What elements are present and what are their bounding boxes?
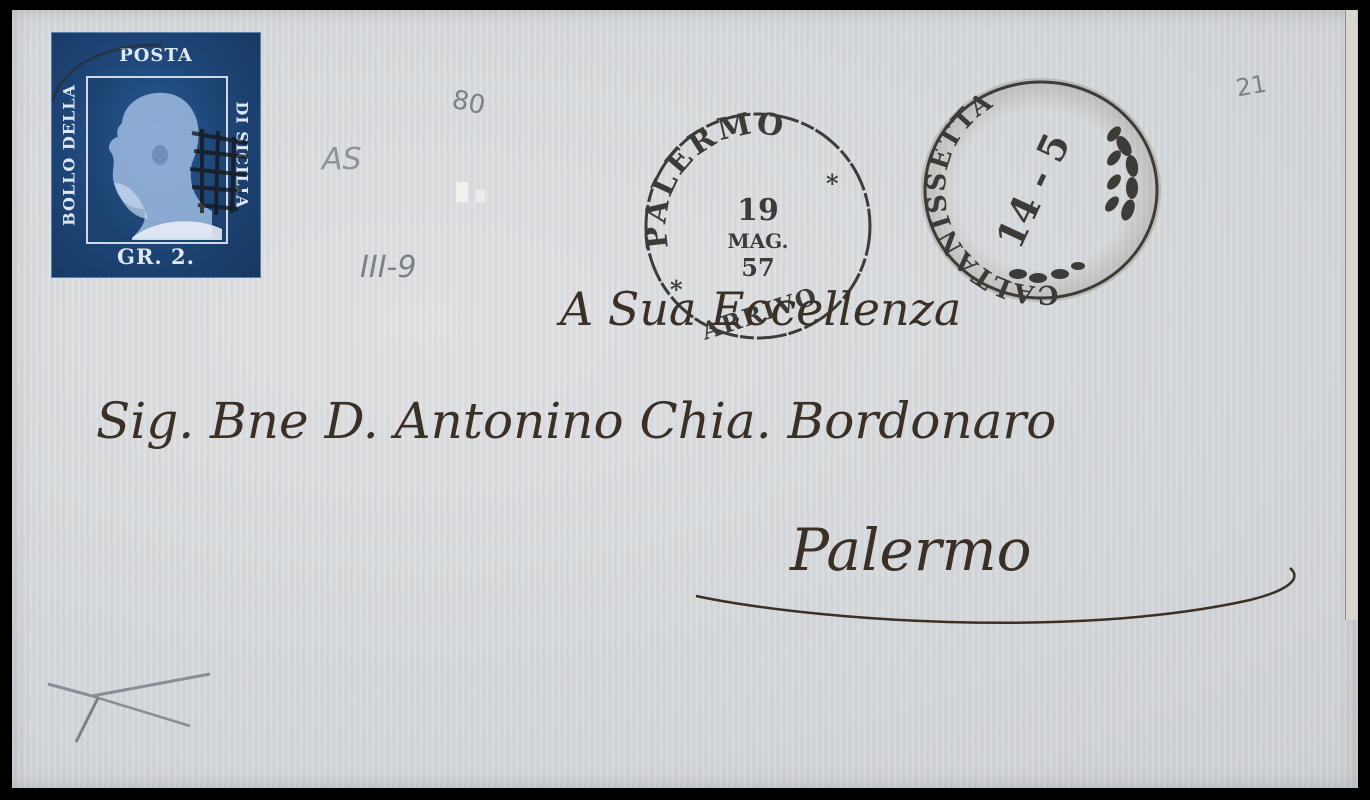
svg-text:*: * bbox=[826, 169, 839, 198]
paper-flaw bbox=[476, 190, 485, 202]
address-line-1: A Sua Eccellenza bbox=[560, 282, 961, 336]
address-underline bbox=[690, 560, 1310, 640]
stamp-right-label: DI SICILIA bbox=[233, 101, 252, 208]
pencil-stroke-mark bbox=[40, 670, 240, 760]
svg-text:19: 19 bbox=[737, 193, 779, 228]
postage-stamp: POSTA BOLLO DELLA DI SICILIA GR. 2. bbox=[51, 32, 261, 278]
paper-flaw bbox=[456, 182, 468, 202]
svg-text:MAG.: MAG. bbox=[728, 229, 789, 253]
pencil-note-iii-9: III-9 bbox=[360, 250, 416, 285]
address-line-2: Sig. Bne D. Antonino Chia. Bordonaro bbox=[96, 392, 1056, 450]
pencil-note-21: 21 bbox=[1234, 70, 1269, 103]
stamp-value-label: GR. 2. bbox=[52, 244, 260, 269]
svg-text:57: 57 bbox=[741, 253, 774, 282]
king-portrait-icon bbox=[52, 33, 260, 277]
folded-edge bbox=[1345, 10, 1357, 620]
pencil-note-as: AS bbox=[322, 142, 362, 177]
stamp-left-label: BOLLO DELLA bbox=[60, 84, 79, 226]
pencil-note-80: 80 bbox=[449, 85, 488, 121]
stamp-top-label: POSTA bbox=[52, 45, 260, 66]
caltanissetta-postmark: CALTANISSETTA 14 - 5 bbox=[918, 74, 1164, 306]
